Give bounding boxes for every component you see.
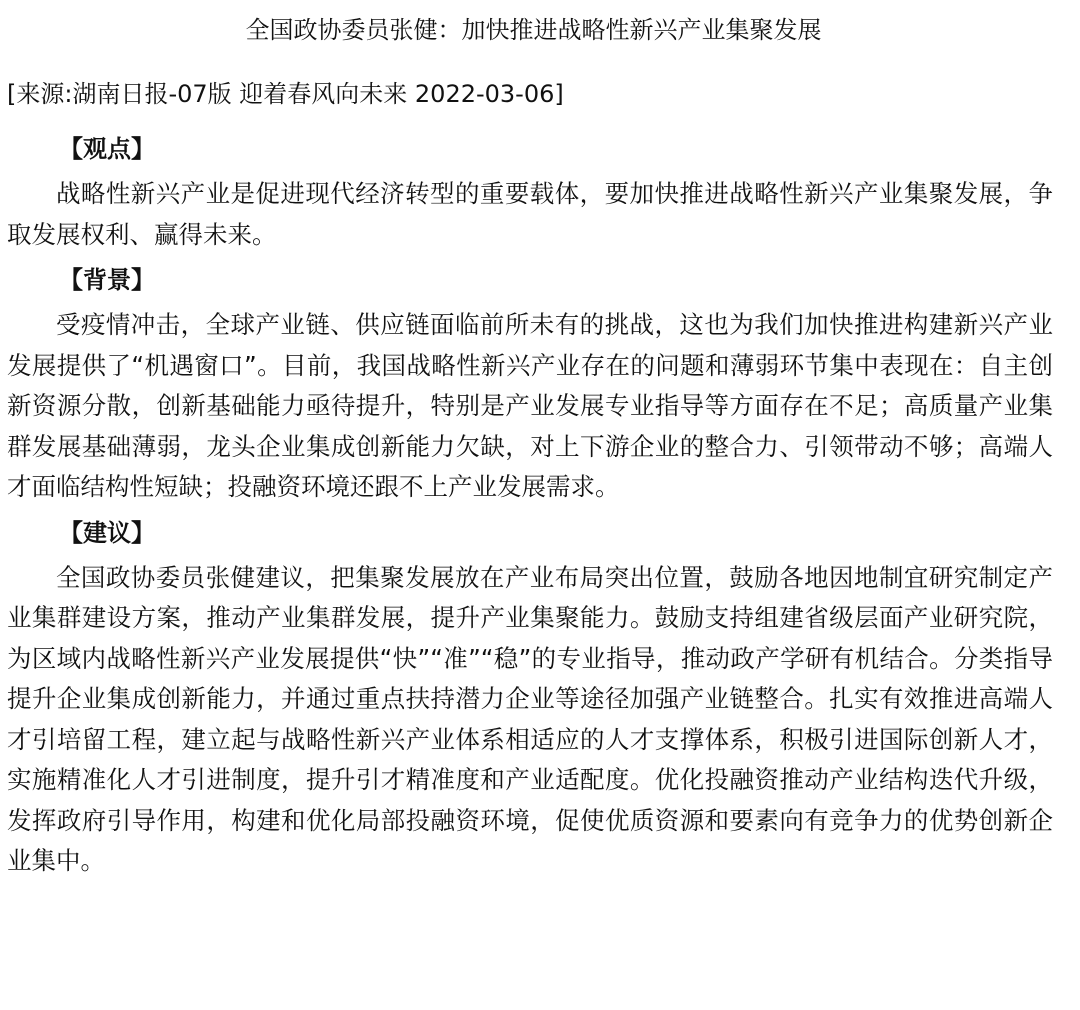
section-viewpoint: 【观点】 战略性新兴产业是促进现代经济转型的重要载体，要加快推进战略性新兴产业集… <box>7 124 1060 255</box>
article-page: 全国政协委员张健：加快推进战略性新兴产业集聚发展 [来源:湖南日报-07版 迎着… <box>0 0 1080 1010</box>
section-heading-suggestion: 【建议】 <box>7 508 1060 558</box>
section-paragraph-suggestion: 全国政协委员张健建议，把集聚发展放在产业布局突出位置，鼓励各地因地制宜研究制定产… <box>7 558 1053 882</box>
article-source: [来源:湖南日报-07版 迎着春风向未来 2022-03-06] <box>7 74 1060 114</box>
article-title: 全国政协委员张健：加快推进战略性新兴产业集聚发展 <box>7 0 1060 50</box>
section-background: 【背景】 受疫情冲击，全球产业链、供应链面临前所未有的挑战，这也为我们加快推进构… <box>7 255 1060 508</box>
section-suggestion: 【建议】 全国政协委员张健建议，把集聚发展放在产业布局突出位置，鼓励各地因地制宜… <box>7 508 1060 882</box>
section-heading-viewpoint: 【观点】 <box>7 124 1060 174</box>
section-paragraph-viewpoint: 战略性新兴产业是促进现代经济转型的重要载体，要加快推进战略性新兴产业集聚发展，争… <box>7 174 1053 255</box>
section-paragraph-background: 受疫情冲击，全球产业链、供应链面临前所未有的挑战，这也为我们加快推进构建新兴产业… <box>7 305 1053 508</box>
section-heading-background: 【背景】 <box>7 255 1060 305</box>
